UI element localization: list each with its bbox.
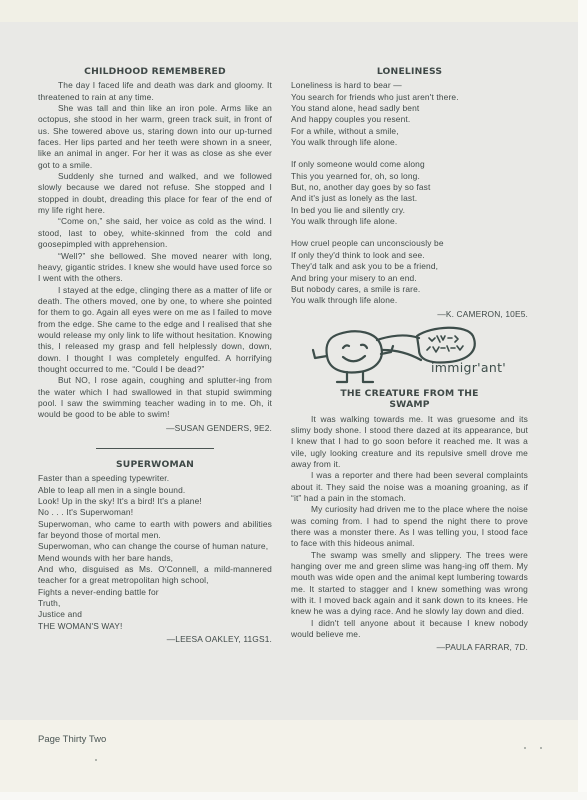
story-creature-from-the-swamp: THE CREATURE FROM THE SWAMP It was walki… [291,388,528,654]
story-title-line-1: THE CREATURE FROM THE [340,388,478,399]
verse-line: You search for friends who just aren't t… [291,92,528,103]
author-signature: —SUSAN GENDERS, 9E2. [38,423,272,434]
verse-line: Able to leap all men in a single bound. [38,485,272,496]
verse-line: This you yearned for, oh, so long. [291,171,528,182]
page-number: Page Thirty Two [38,734,106,745]
paragraph: The swamp was smelly and slippery. The t… [291,550,528,618]
verse-line: Fights a never-ending battle for [38,587,272,598]
section-divider [96,448,214,449]
author-signature: —K. CAMERON, 10E5. [291,309,528,320]
left-column: CHILDHOOD REMEMBERED The day I faced lif… [38,66,272,646]
stanza-gap [291,227,528,238]
verse-line: And happy couples you resent. [291,114,528,125]
story-title: CHILDHOOD REMEMBERED [38,66,272,77]
verse-line: You stand alone, head sadly bent [291,103,528,114]
verse-line: How cruel people can unconsciously be [291,238,528,249]
paragraph: “Well?” she bellowed. She moved nearer w… [38,251,272,285]
paper-speck [95,759,97,761]
verse-line: And bring your misery to an end. [291,273,528,284]
poem-title: SUPERWOMAN [38,459,272,470]
right-column: LONELINESS Loneliness is hard to bear —Y… [291,66,528,654]
poem-body: Faster than a speeding typewriter.Able t… [38,473,272,632]
verse-line: In bed you lie and silently cry. [291,205,528,216]
verse-line: For a while, without a smile, [291,126,528,137]
verse-line: You walk through life alone. [291,295,528,306]
paragraph: Suddenly she turned and walked, and we f… [38,171,272,216]
verse-line: Mend wounds with her bare hands, [38,553,272,564]
poem-loneliness: LONELINESS Loneliness is hard to bear —Y… [291,66,528,320]
poem-superwoman: SUPERWOMAN Faster than a speeding typewr… [38,459,272,646]
verse-line: You walk through life alone. [291,216,528,227]
verse-line: If only someone would come along [291,159,528,170]
verse-line: But nobody cares, a smile is rare. [291,284,528,295]
verse-line: Faster than a speeding typewriter. [38,473,272,484]
paragraph: The day I faced life and death was dark … [38,80,272,103]
author-signature: —LEESA OAKLEY, 11GS1. [38,634,272,645]
paper-top-margin [0,0,587,22]
verse-line: They'd talk and ask you to be a friend, [291,261,528,272]
verse-line: Loneliness is hard to bear — [291,80,528,91]
verse-line: No . . . It's Superwoman! [38,507,272,518]
stanza-gap [291,148,528,159]
verse-line: If only they'd think to look and see. [291,250,528,261]
verse-line: Truth, [38,598,272,609]
verse-line: Look! Up in the sky! It's a bird! It's a… [38,496,272,507]
paragraph: I didn't tell anyone about it because I … [291,618,528,641]
paragraph: It was walking towards me. It was grueso… [291,414,528,471]
paragraph: “Come on,” she said, her voice as cold a… [38,216,272,250]
illustration-caption: immigr'ant' [431,362,506,373]
paper-speck [524,747,526,749]
story-title-line-2: SWAMP [389,399,429,410]
verse-line: And who, disguised as Ms. O'Connell, a m… [38,564,272,587]
author-signature: —PAULA FARRAR, 7D. [291,642,528,653]
paper-speck [540,747,542,749]
story-title: THE CREATURE FROM THE SWAMP [291,388,528,411]
verse-line: Superwoman, who came to earth with power… [38,519,272,542]
paragraph: I stayed at the edge, clinging there as … [38,285,272,376]
paper-bottom-edge [0,792,587,800]
story-childhood-remembered: CHILDHOOD REMEMBERED The day I faced lif… [38,66,272,434]
poem-body: Loneliness is hard to bear —You search f… [291,80,528,306]
verse-line: And it's just as lonely as the last. [291,193,528,204]
verse-line: You walk through life alone. [291,137,528,148]
immigrant-creature-drawing-icon: immigr'ant' [291,324,528,386]
paragraph: My curiosity had driven me to the place … [291,504,528,549]
verse-line: Superwoman, who can change the course of… [38,541,272,552]
paragraph: She was tall and thin like an iron pole.… [38,103,272,171]
paper-right-edge [578,0,587,800]
poem-title: LONELINESS [291,66,528,77]
story-body: It was walking towards me. It was grueso… [291,414,528,641]
paragraph: But NO, I rose again, coughing and splut… [38,375,272,420]
verse-line: THE WOMAN'S WAY! [38,621,272,632]
story-body: The day I faced life and death was dark … [38,80,272,420]
verse-line: Justice and [38,609,272,620]
paragraph: I was a reporter and there had been seve… [291,470,528,504]
verse-line: But, no, another day goes by so fast [291,182,528,193]
